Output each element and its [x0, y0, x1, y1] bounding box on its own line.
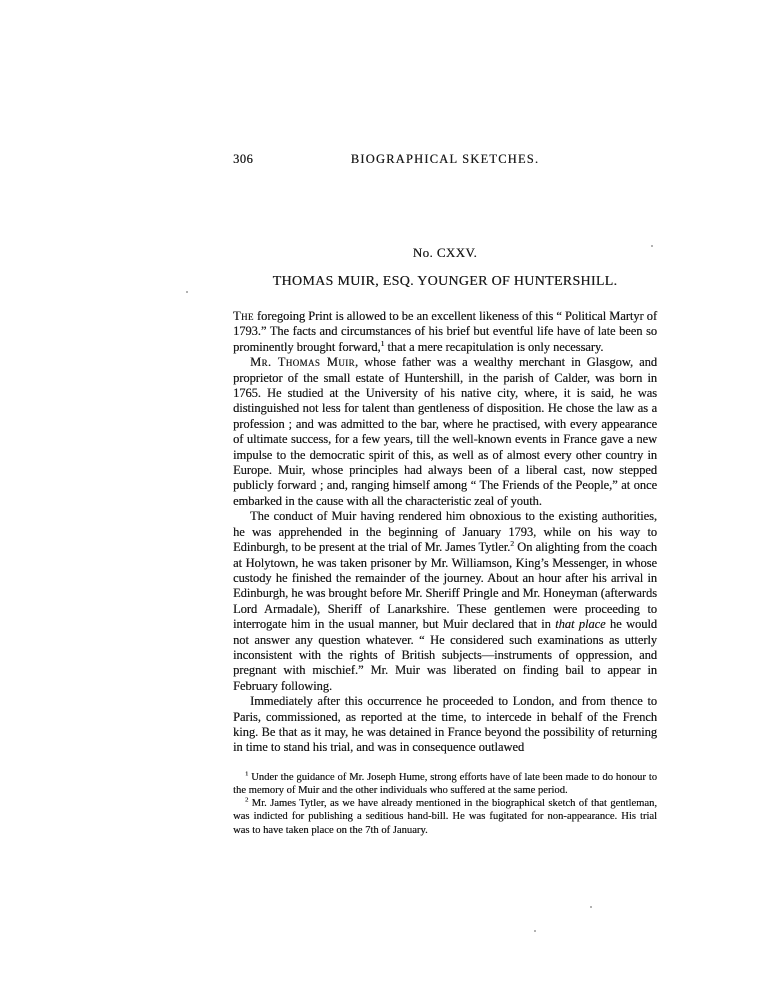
scan-speck — [534, 930, 536, 932]
footnotes: 1 Under the guidance of Mr. Joseph Hume,… — [233, 771, 657, 837]
text-block: 306 BIOGRAPHICAL SKETCHES. No. CXXV. THO… — [233, 152, 657, 837]
running-head: 306 BIOGRAPHICAL SKETCHES. — [233, 152, 657, 167]
article-title: THOMAS MUIR, ESQ. YOUNGER OF HUNTERSHILL… — [233, 274, 657, 290]
chapter-number: No. CXXV. — [233, 245, 657, 261]
running-title: BIOGRAPHICAL SKETCHES. — [351, 152, 539, 166]
scan-speck — [590, 906, 592, 908]
paragraph-france: Immediately after this occurrence he pro… — [233, 694, 657, 756]
scan-speck — [651, 245, 653, 247]
page-number: 306 — [233, 152, 253, 167]
article-body: The foregoing Print is allowed to be an … — [233, 309, 657, 756]
book-page: 306 BIOGRAPHICAL SKETCHES. No. CXXV. THO… — [0, 0, 782, 1000]
footnote-2: 2 Mr. James Tytler, as we have already m… — [233, 797, 657, 837]
paragraph-early-life: Mr. Thomas Muir, whose father was a weal… — [233, 355, 657, 509]
paragraph-arrest: The conduct of Muir having rendered him … — [233, 509, 657, 694]
footnote-1: 1 Under the guidance of Mr. Joseph Hume,… — [233, 771, 657, 797]
scan-speck — [186, 291, 188, 293]
paragraph-intro: The foregoing Print is allowed to be an … — [233, 309, 657, 355]
